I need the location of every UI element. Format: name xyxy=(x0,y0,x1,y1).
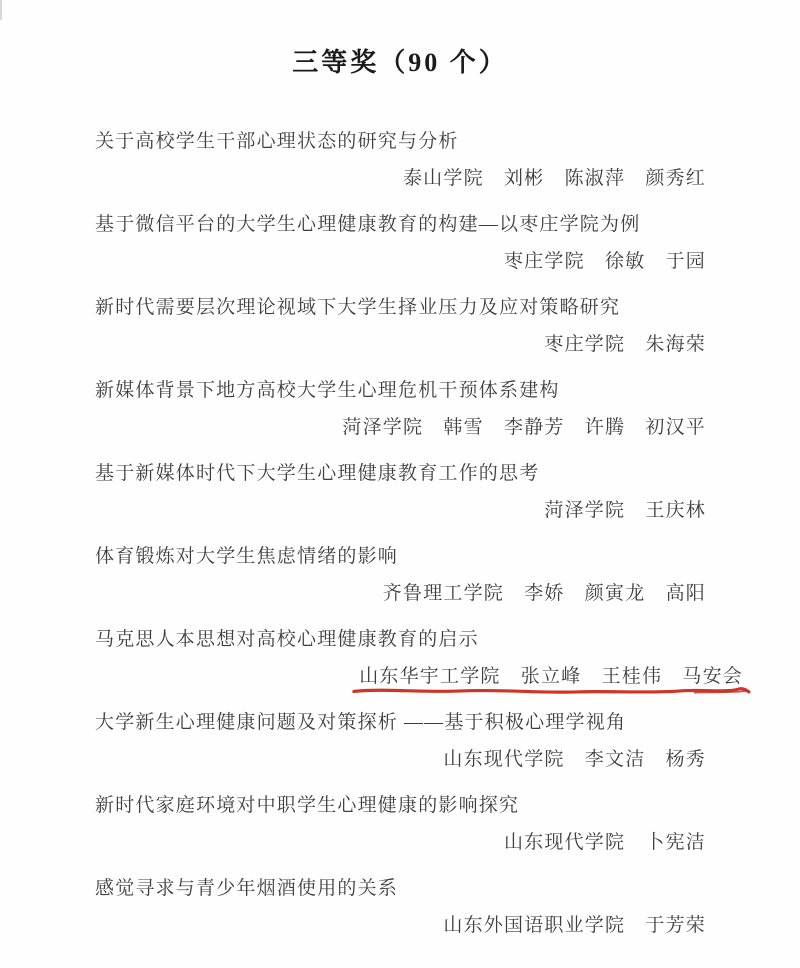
award-entry: 新媒体背景下地方高校大学生心理危机干预体系建构 菏泽学院 韩雪 李静芳 许腾 初… xyxy=(0,379,800,440)
paper-title: 体育锻炼对大学生焦虑情绪的影响 xyxy=(0,545,800,569)
award-entry: 新时代家庭环境对中职学生心理健康的影响探究 山东现代学院 卜宪洁 xyxy=(0,794,800,855)
affiliation-authors-line: 山东现代学院 李文洁 杨秀 xyxy=(0,748,800,772)
paper-title: 关于高校学生干部心理状态的研究与分析 xyxy=(0,130,800,154)
affiliation-authors: 齐鲁理工学院 李娇 颜寅龙 高阳 xyxy=(383,582,706,606)
award-entry: 基于微信平台的大学生心理健康教育的构建—以枣庄学院为例 枣庄学院 徐敏 于园 xyxy=(0,213,800,274)
award-entry: 大学新生心理健康问题及对策探析 ——基于积极心理学视角 山东现代学院 李文洁 杨… xyxy=(0,711,800,772)
award-entry: 体育锻炼对大学生焦虑情绪的影响 齐鲁理工学院 李娇 颜寅龙 高阳 xyxy=(0,545,800,606)
award-entry: 基于新媒体时代下大学生心理健康教育工作的思考 菏泽学院 王庆林 xyxy=(0,462,800,523)
affiliation-authors: 泰山学院 刘彬 陈淑萍 颜秀红 xyxy=(403,167,706,191)
affiliation-authors-line: 枣庄学院 徐敏 于园 xyxy=(0,250,800,274)
paper-title: 新时代家庭环境对中职学生心理健康的影响探究 xyxy=(0,794,800,818)
affiliation-authors-line: 枣庄学院 朱海荣 xyxy=(0,333,800,357)
affiliation-authors-line: 泰山学院 刘彬 陈淑萍 颜秀红 xyxy=(0,167,800,191)
award-entry: 感觉寻求与青少年烟酒使用的关系 山东外国语职业学院 于芳荣 xyxy=(0,877,800,938)
affiliation-authors-line: 菏泽学院 韩雪 李静芳 许腾 初汉平 xyxy=(0,416,800,440)
award-entry: 关于高校学生干部心理状态的研究与分析 泰山学院 刘彬 陈淑萍 颜秀红 xyxy=(0,130,800,191)
award-entry-highlighted: 马克思人本思想对高校心理健康教育的启示 山东华宇工学院 张立峰 王桂伟 马安会 xyxy=(0,628,800,689)
affiliation-authors: 菏泽学院 韩雪 李静芳 许腾 初汉平 xyxy=(342,416,706,440)
page-title: 三等奖（90 个） xyxy=(0,0,800,80)
affiliation-authors-line: 山东现代学院 卜宪洁 xyxy=(0,831,800,855)
paper-title: 马克思人本思想对高校心理健康教育的启示 xyxy=(0,628,800,652)
affiliation-authors-line: 齐鲁理工学院 李娇 颜寅龙 高阳 xyxy=(0,582,800,606)
affiliation-authors: 枣庄学院 朱海荣 xyxy=(544,333,706,357)
affiliation-authors: 菏泽学院 王庆林 xyxy=(544,499,706,523)
award-entry: 新时代需要层次理论视域下大学生择业压力及应对策略研究 枣庄学院 朱海荣 xyxy=(0,296,800,357)
affiliation-authors: 山东外国语职业学院 于芳荣 xyxy=(443,914,706,938)
paper-title: 大学新生心理健康问题及对策探析 ——基于积极心理学视角 xyxy=(0,711,800,735)
scan-edge-artifact xyxy=(0,0,2,20)
affiliation-authors: 枣庄学院 徐敏 于园 xyxy=(504,250,706,274)
document-page: 三等奖（90 个） 关于高校学生干部心理状态的研究与分析 泰山学院 刘彬 陈淑萍… xyxy=(0,0,800,968)
affiliation-authors: 山东现代学院 卜宪洁 xyxy=(504,831,706,855)
paper-title: 新媒体背景下地方高校大学生心理危机干预体系建构 xyxy=(0,379,800,403)
affiliation-authors-text: 山东华宇工学院 张立峰 王桂伟 马安会 xyxy=(359,666,743,687)
affiliation-authors: 山东现代学院 李文洁 杨秀 xyxy=(443,748,706,772)
paper-title: 基于微信平台的大学生心理健康教育的构建—以枣庄学院为例 xyxy=(0,213,800,237)
paper-title: 新时代需要层次理论视域下大学生择业压力及应对策略研究 xyxy=(0,296,800,320)
award-entry-list: 关于高校学生干部心理状态的研究与分析 泰山学院 刘彬 陈淑萍 颜秀红 基于微信平… xyxy=(0,130,800,938)
affiliation-authors-line: 山东外国语职业学院 于芳荣 xyxy=(0,914,800,938)
affiliation-authors-line: 菏泽学院 王庆林 xyxy=(0,499,800,523)
affiliation-authors: 山东华宇工学院 张立峰 王桂伟 马安会 xyxy=(359,665,743,689)
paper-title: 基于新媒体时代下大学生心理健康教育工作的思考 xyxy=(0,462,800,486)
paper-title: 感觉寻求与青少年烟酒使用的关系 xyxy=(0,877,800,901)
affiliation-authors-line: 山东华宇工学院 张立峰 王桂伟 马安会 xyxy=(0,665,800,689)
